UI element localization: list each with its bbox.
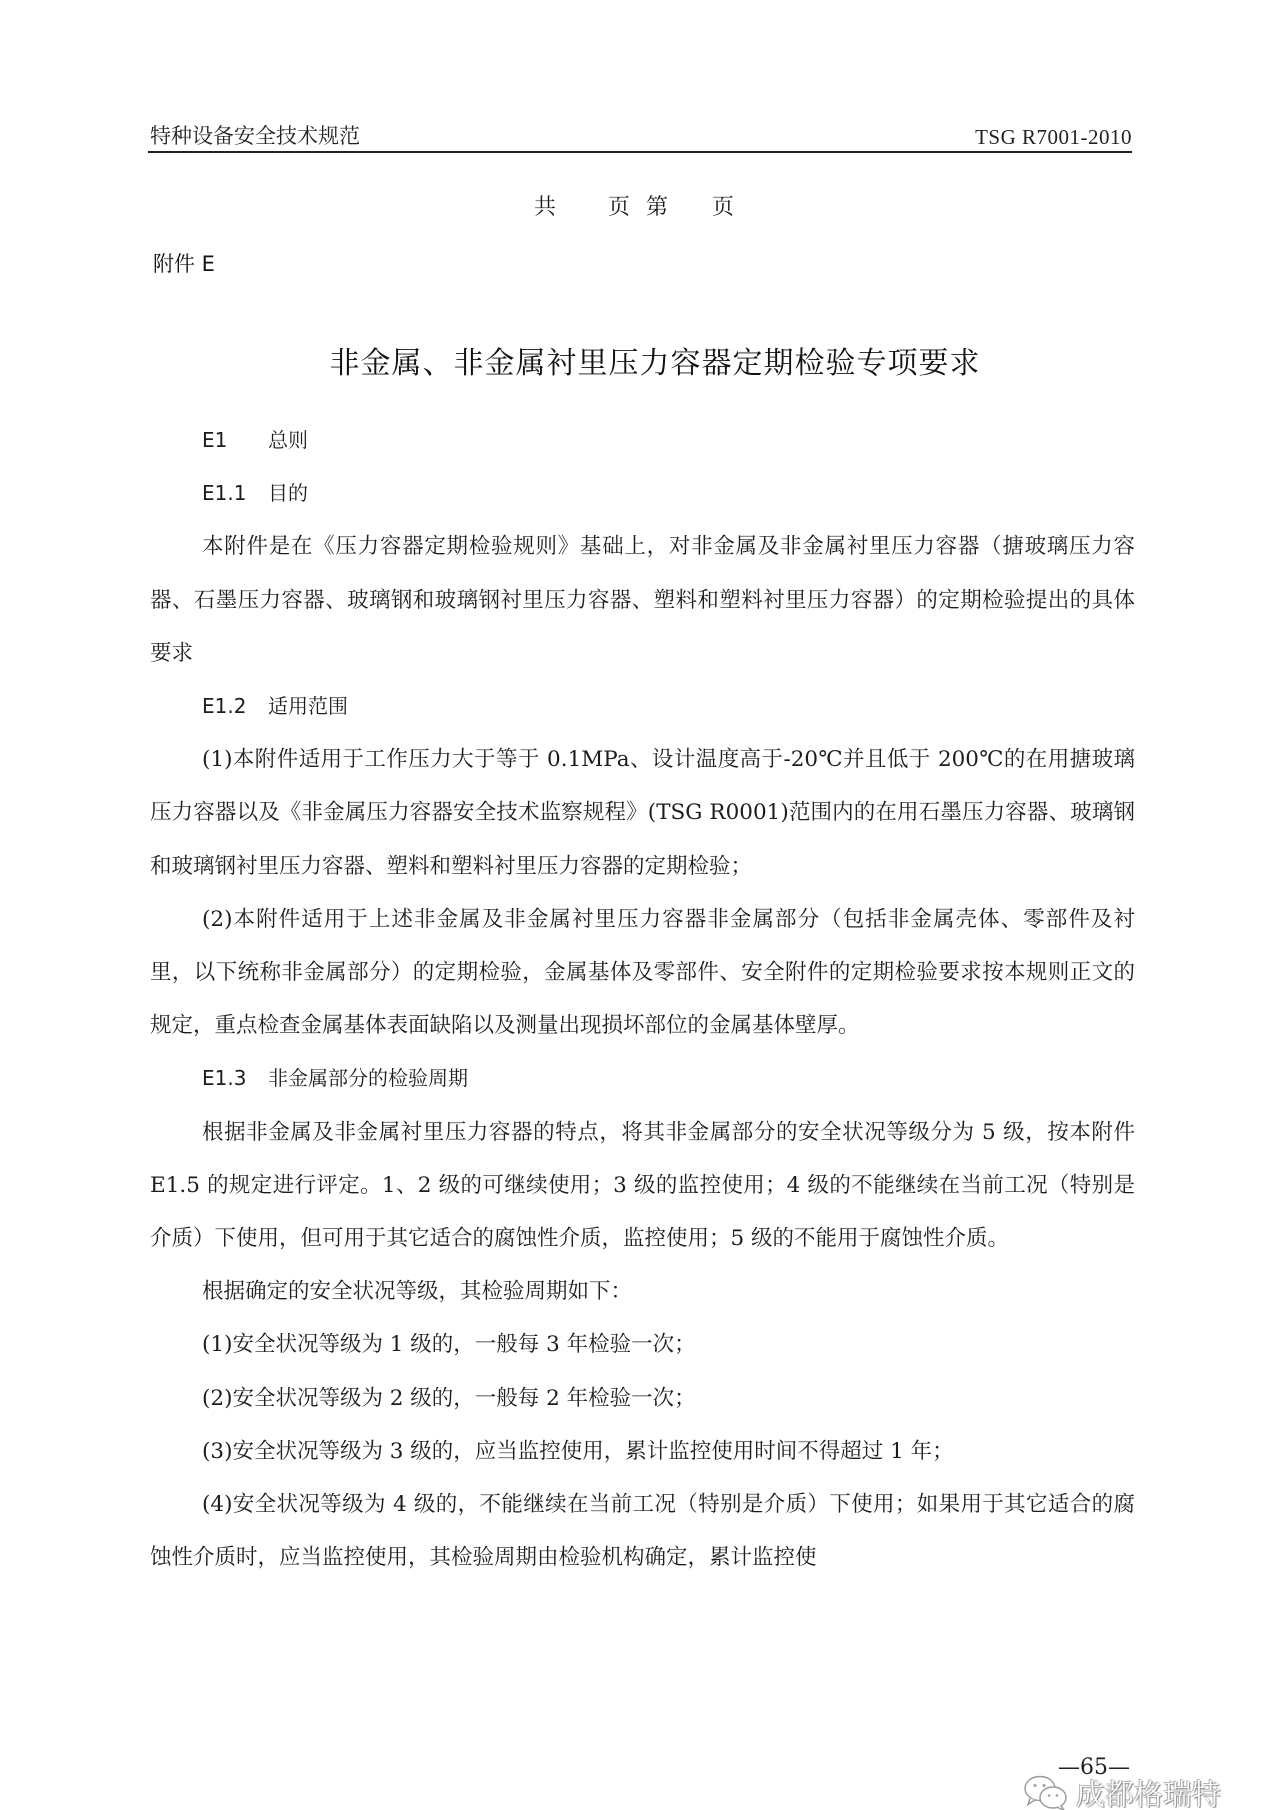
cycle-item-4: (4)安全状况等级为 4 级的，不能继续在当前工况（特别是介质）下使用；如果用于… <box>150 1478 1135 1584</box>
page-current-prefix: 第 <box>646 190 668 221</box>
page-count-line: 共 页 第 页 <box>0 190 1280 224</box>
section-title: 适用范围 <box>268 694 348 718</box>
page-total-suffix: 页 <box>608 190 630 221</box>
running-header: 特种设备安全技术规范 TSG R7001-2010 <box>150 122 1132 150</box>
watermark: 成都格瑞特 <box>1022 1773 1221 1810</box>
cycle-item-3: (3)安全状况等级为 3 级的，应当监控使用，累计监控使用时间不得超过 1 年； <box>150 1425 1135 1478</box>
section-heading-e1-3: E1.3非金属部分的检验周期 <box>150 1052 1135 1105</box>
page-total-prefix: 共 <box>534 190 556 221</box>
paragraph-purpose: 本附件是在《压力容器定期检验规则》基础上，对非金属及非金属衬里压力容器（搪玻璃压… <box>150 520 1135 680</box>
header-standard-code: TSG R7001-2010 <box>975 125 1132 150</box>
section-number: E1.2 <box>202 680 268 733</box>
document-page: 特种设备安全技术规范 TSG R7001-2010 共 页 第 页 附件 E 非… <box>0 0 1280 1810</box>
appendix-label: 附件 E <box>153 248 215 278</box>
paragraph-inspection-cycle: 根据非金属及非金属衬里压力容器的特点，将其非金属部分的安全状况等级分为 5 级，… <box>150 1106 1135 1266</box>
watermark-text: 成都格瑞特 <box>1076 1773 1221 1810</box>
section-number: E1 <box>202 414 268 467</box>
section-heading-e1: E1总则 <box>150 414 1135 467</box>
scope-item-1: (1)本附件适用于工作压力大于等于 0.1MPa、设计温度高于-20℃并且低于 … <box>150 733 1135 893</box>
wechat-icon <box>1022 1773 1070 1810</box>
section-number: E1.3 <box>202 1052 268 1105</box>
section-heading-e1-2: E1.2适用范围 <box>150 680 1135 733</box>
section-number: E1.1 <box>202 467 268 520</box>
section-heading-e1-1: E1.1目的 <box>150 467 1135 520</box>
page-current-suffix: 页 <box>712 190 734 221</box>
document-body: E1总则 E1.1目的 本附件是在《压力容器定期检验规则》基础上，对非金属及非金… <box>150 414 1135 1584</box>
section-title: 非金属部分的检验周期 <box>268 1066 468 1090</box>
cycle-item-2: (2)安全状况等级为 2 级的，一般每 2 年检验一次； <box>150 1372 1135 1425</box>
paragraph-cycle-intro: 根据确定的安全状况等级，其检验周期如下： <box>150 1265 1135 1318</box>
scope-item-2: (2)本附件适用于上述非金属及非金属衬里压力容器非金属部分（包括非金属壳体、零部… <box>150 893 1135 1053</box>
header-rule <box>148 151 1132 153</box>
section-title: 总则 <box>268 428 308 452</box>
cycle-item-1: (1)安全状况等级为 1 级的，一般每 3 年检验一次； <box>150 1318 1135 1371</box>
section-title: 目的 <box>268 481 308 505</box>
document-title: 非金属、非金属衬里压力容器定期检验专项要求 <box>0 338 1280 382</box>
header-category: 特种设备安全技术规范 <box>150 120 360 150</box>
